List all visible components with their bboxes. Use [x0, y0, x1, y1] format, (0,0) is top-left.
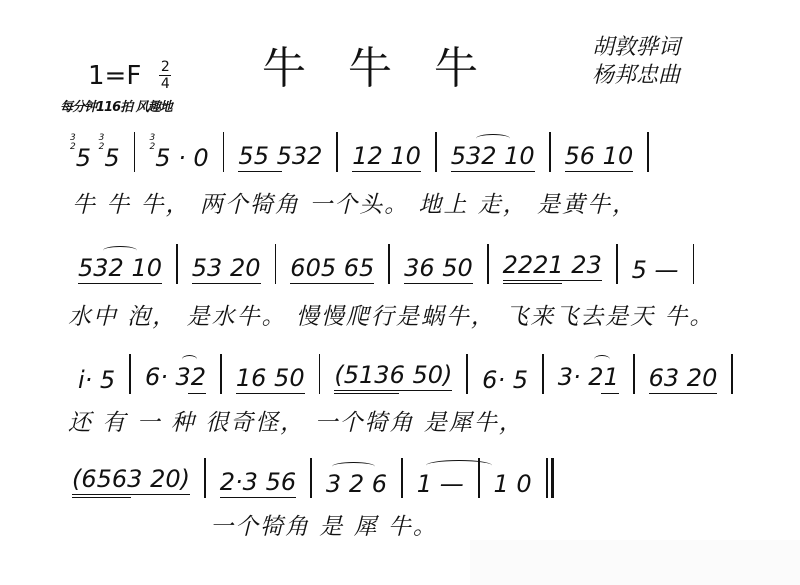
note-group: 532 10: [451, 142, 535, 172]
barline: [134, 132, 136, 172]
title-char-1: 牛: [262, 32, 306, 96]
note-group: 6· 5: [482, 366, 528, 394]
barline: [319, 354, 321, 394]
note-group: 2·3 56: [220, 468, 296, 498]
time-signature: 2 4: [159, 60, 171, 91]
score-line-3: i· 5 6· 32 16 50 (5136 50) 6· 5 3· 21 63…: [72, 354, 741, 394]
credits: 胡敦骅词 杨邦忠曲: [592, 34, 680, 90]
barline: [435, 132, 437, 172]
score-line-1: 325 325 325 · 0 55 532 12 10 532 10 56 1…: [64, 132, 657, 172]
barline: [176, 244, 178, 284]
note-group: 532 10: [78, 254, 162, 284]
note-group: 36 50: [404, 254, 473, 284]
note-group: 56 10: [565, 142, 634, 172]
score-line-4: (6563 20) 2·3 56 3 2 6 1 — 1 0: [66, 458, 562, 498]
barline: [616, 244, 618, 284]
note-group: (6563 20): [72, 465, 190, 498]
barline: [401, 458, 403, 498]
lyrics-line-2: 水中 泡， 是水牛。 慢慢爬行是蜗牛， 飞来飞去是天 牛。: [68, 298, 715, 331]
note-group: i· 5: [78, 366, 115, 394]
note-group: 605 65: [290, 254, 374, 284]
note-group: 16 50: [236, 364, 305, 394]
barline: [223, 132, 225, 172]
note-group: 2221 23: [503, 251, 602, 284]
barline: [731, 354, 733, 394]
note-group: 1 0: [494, 470, 532, 498]
title-char-2: 牛: [348, 32, 392, 96]
note-group: 3 2 6: [326, 470, 387, 498]
time-signature-top: 2: [161, 60, 170, 74]
barline: [647, 132, 649, 172]
note-group: 325 325: [70, 144, 120, 172]
key-signature: 1=F: [88, 61, 141, 91]
lyricist-credit: 胡敦骅词: [592, 34, 680, 62]
barline: [129, 354, 131, 394]
scan-artifact: [470, 540, 800, 585]
note-group: 12 10: [352, 142, 421, 172]
barline: [388, 244, 390, 284]
lyrics-line-4: 一个犄角 是 犀 牛。: [210, 508, 438, 541]
barline: [336, 132, 338, 172]
note-group: 55 532: [238, 142, 322, 172]
barline: [633, 354, 635, 394]
barline: [693, 244, 695, 284]
note-group: 53 20: [192, 254, 261, 284]
note-group: 63 20: [649, 364, 718, 394]
lyrics-line-1: 牛 牛 牛， 两个犄角 一个头。 地上 走， 是黄牛，: [72, 186, 637, 219]
title-char-3: 牛: [434, 32, 478, 96]
time-signature-bottom: 4: [161, 77, 170, 91]
note-group: 5 —: [632, 256, 679, 284]
barline: [220, 354, 222, 394]
barline: [310, 458, 312, 498]
barline: [466, 354, 468, 394]
composer-credit: 杨邦忠曲: [592, 62, 680, 90]
note-group: (5136 50): [334, 361, 452, 394]
score-line-2: 532 10 53 20 605 65 36 50 2221 23 5 —: [72, 244, 702, 284]
barline: [549, 132, 551, 172]
lyrics-line-3: 还 有 一 种 很奇怪， 一个犄角 是犀牛，: [68, 404, 524, 437]
barline: [487, 244, 489, 284]
note-group: 325 · 0: [149, 144, 208, 172]
note-group: 6· 32: [145, 363, 206, 394]
note-group: 3· 21: [558, 363, 619, 394]
barline: [542, 354, 544, 394]
barline: [204, 458, 206, 498]
note-group: 1 —: [417, 470, 464, 498]
barline: [275, 244, 277, 284]
song-title: 牛 牛 牛: [262, 32, 478, 96]
final-double-barline: [546, 458, 554, 498]
key-signature-block: 1=F 2 4: [88, 60, 171, 91]
tempo-marking: 每分钟116拍 风趣地: [60, 96, 172, 115]
